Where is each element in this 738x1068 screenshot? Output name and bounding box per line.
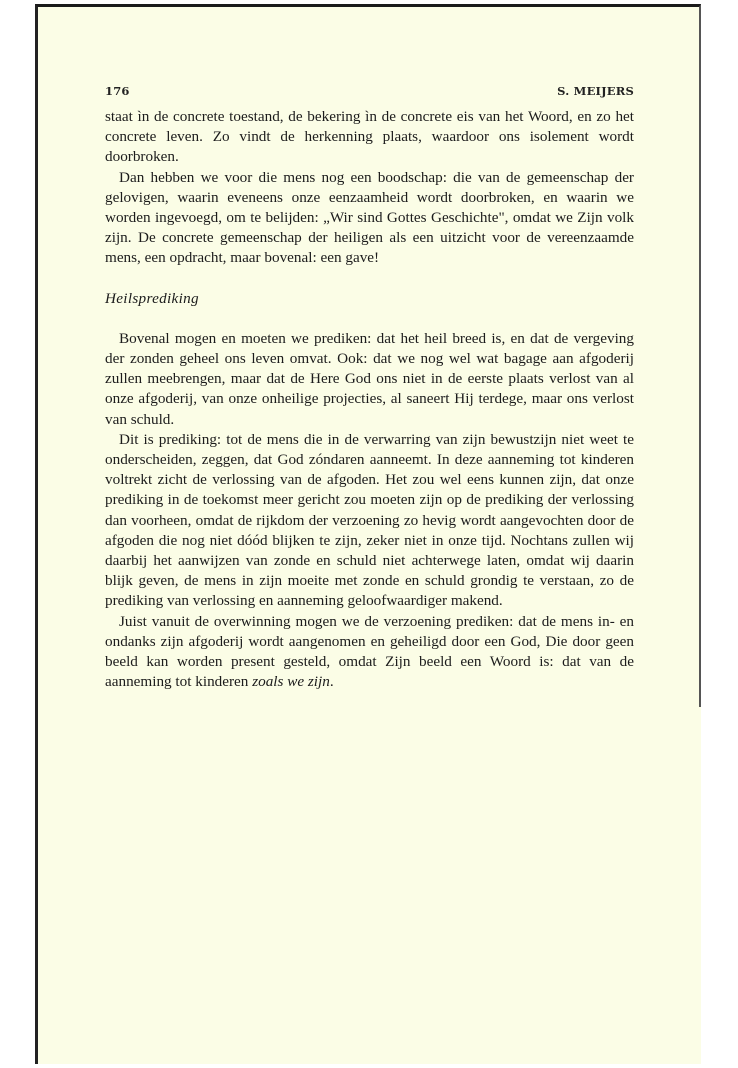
paragraph: Bovenal mogen en moeten we prediken: dat… [105, 329, 634, 430]
section-heading: Heilsprediking [105, 289, 634, 309]
body-text: staat ìn de concrete toestand, de bekeri… [105, 107, 634, 692]
paragraph: Dit is prediking: tot de mens die in de … [105, 430, 634, 612]
page-edge-fade [699, 707, 701, 1064]
paragraph: Dan hebben we voor die mens nog een bood… [105, 168, 634, 269]
paragraph-end: . [330, 673, 334, 690]
paragraph-text: Juist vanuit de overwinning mogen we de … [105, 613, 634, 691]
running-head: 176 S. MEIJERS [105, 84, 634, 98]
page-number: 176 [105, 84, 130, 98]
emphasized-text: zoals we zijn [252, 673, 330, 690]
author-header: S. MEIJERS [557, 84, 634, 98]
paragraph: Juist vanuit de overwinning mogen we de … [105, 612, 634, 693]
paragraph: staat ìn de concrete toestand, de bekeri… [105, 107, 634, 168]
